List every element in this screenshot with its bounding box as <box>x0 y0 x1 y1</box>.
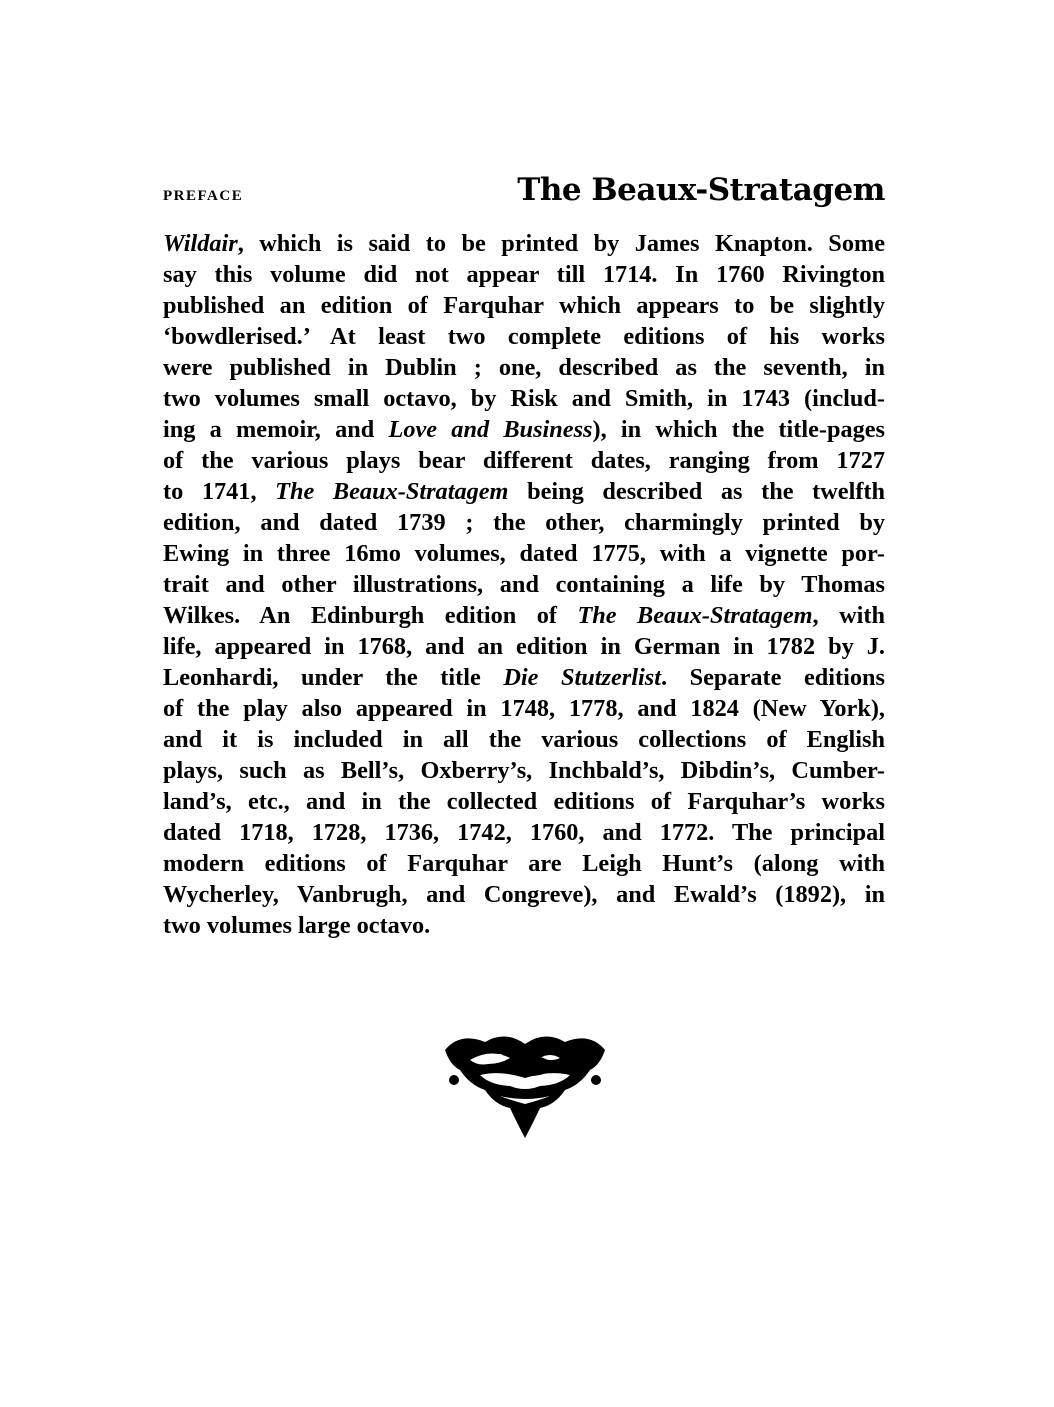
text-line: dated 1718, 1728, 1736, 1742, 1760, and … <box>163 817 885 848</box>
text-line: two volumes small octavo, by Risk and Sm… <box>163 383 885 414</box>
text-line: trait and other illustrations, and conta… <box>163 569 885 600</box>
text-line: plays, such as Bell’s, Oxberry’s, Inchba… <box>163 755 885 786</box>
text-line: of the various plays bear different date… <box>163 445 885 476</box>
text-line: and it is included in all the various co… <box>163 724 885 755</box>
text-line: to 1741, The Beaux-Stratagem being descr… <box>163 476 885 507</box>
text-line: modern editions of Farquhar are Leigh Hu… <box>163 848 885 879</box>
text-line: land’s, etc., and in the collected editi… <box>163 786 885 817</box>
text-line: edition, and dated 1739 ; the other, cha… <box>163 507 885 538</box>
text-line: published an edition of Farquhar which a… <box>163 290 885 321</box>
text-line: say this volume did not appear till 1714… <box>163 259 885 290</box>
text-line: of the play also appeared in 1748, 1778,… <box>163 693 885 724</box>
text-line: Wildair, which is said to be printed by … <box>163 228 885 259</box>
text-line: Ewing in three 16mo volumes, dated 1775,… <box>163 538 885 569</box>
text-line: Wilkes. An Edinburgh edition of The Beau… <box>163 600 885 631</box>
running-head-title: The Beaux-Stratagem <box>517 172 885 208</box>
text-line: were published in Dublin ; one, describe… <box>163 352 885 383</box>
tailpiece-ornament-icon <box>440 1030 610 1140</box>
text-line: Leonhardi, under the title Die Stutzerli… <box>163 662 885 693</box>
text-line: ing a memoir, and Love and Business), in… <box>163 414 885 445</box>
text-line: ‘bowdlerised.’ At least two complete edi… <box>163 321 885 352</box>
preface-paragraph: Wildair, which is said to be printed by … <box>163 228 885 941</box>
running-head-section: PREFACE <box>163 188 243 205</box>
text-line: life, appeared in 1768, and an edition i… <box>163 631 885 662</box>
text-line: Wycherley, Vanbrugh, and Congreve), and … <box>163 879 885 910</box>
running-header: PREFACE The Beaux-Stratagem <box>163 172 885 212</box>
text-line: two volumes large octavo. <box>163 910 885 941</box>
